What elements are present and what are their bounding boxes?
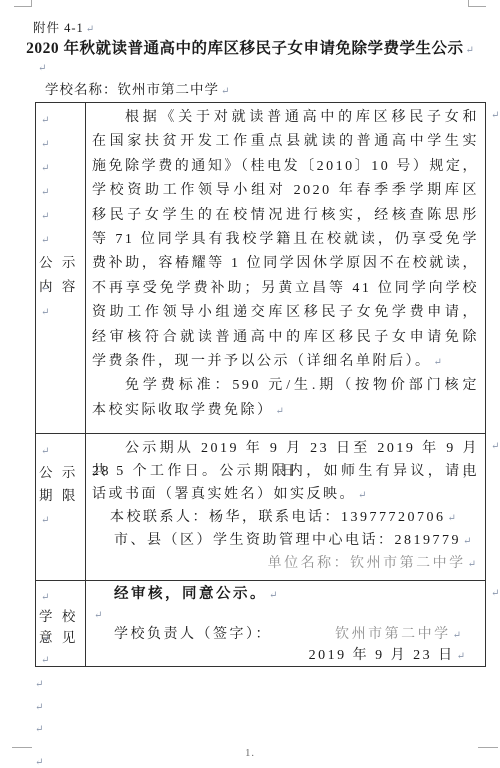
text-line: 学费条件，现一并予以公示（详细名单附后）。↵ <box>92 350 479 374</box>
text-line: 学校负责人（签字）：钦州市第二中学↵ <box>92 625 479 646</box>
row-label-line: 公 示↵ <box>39 251 85 275</box>
paragraph-mark: ↵ <box>41 139 49 150</box>
row-label-text: 公 示 <box>39 465 78 480</box>
paragraph-mark: ↵ <box>41 235 49 246</box>
text-line-content: 学校负责人（签字）： <box>114 627 272 642</box>
row-label-text: 内 容 <box>39 279 78 294</box>
school-name-text: 学校名称：钦州市第二中学 <box>45 82 219 97</box>
text-line-content: 免学费标准：590 元/生.期（按物价部门核定 <box>125 378 479 393</box>
row-content-cell: 公示期从 2019 年 9 月 23 日至 2019 年 9 月 28 日，共 … <box>86 434 486 581</box>
text-line: 免学费标准：590 元/生.期（按物价部门核定 <box>92 374 479 398</box>
row-label-cell-学校意见: ↵学 校↵意 见↵ <box>36 581 86 667</box>
text-line: 学校资助工作领导小组对 2020 年春季季学期库区 <box>92 179 479 203</box>
paragraph-mark: ↵ <box>358 490 366 501</box>
paragraph-mark: ↵ <box>35 724 43 735</box>
text-line: 本校实际收取学费免除）↵ <box>92 399 479 423</box>
text-line-content: 话或书面（署真实姓名）如实反映。 <box>92 487 356 502</box>
row-end-mark: ↵ <box>489 436 499 454</box>
paragraph-mark: ↵ <box>41 187 49 198</box>
row-end-mark: ↵ <box>489 105 499 123</box>
paragraph-mark: ↵ <box>221 86 229 97</box>
text-line-content: 不再享受免学费补助；另黄立昌等 41 位同学向学校 <box>92 281 479 296</box>
paragraph-mark: ↵ <box>41 307 49 318</box>
text-line-content: 2019 年 9 月 23 日 <box>309 648 455 663</box>
text-line: 本校联系人：杨华，联系电话：13977720706↵ <box>92 506 479 529</box>
text-line-content: 学校资助工作领导小组对 2020 年春季季学期库区 <box>92 183 479 198</box>
paragraph-mark: ↵ <box>491 110 499 121</box>
text-line-content: 等 71 位同学具有我校学籍且在校就读，仍享受免学 <box>92 232 479 247</box>
paragraph-mark: ↵ <box>491 588 499 599</box>
text-line: 资助工作领导小组递交库区移民子女免学费申请， <box>92 301 479 325</box>
text-line: ↵ <box>92 605 479 626</box>
text-line-content: 费补助，容椿耀等 1 位同学因休学原因不在校就读， <box>92 256 479 271</box>
page-title: 2020 年秋就读普通高中的库区移民子女申请免除学费学生公示↵ <box>0 36 500 58</box>
empty-paragraph: ↵ <box>39 155 85 179</box>
text-line: 话或书面（署真实姓名）如实反映。↵ <box>92 483 479 506</box>
empty-paragraph: ↵ <box>39 179 85 203</box>
text-line-content: 根据《关于对就读普通高中的库区移民子女和 <box>125 110 479 125</box>
text-line-content: 共 5 个工作日。公示期限内，如师生有异议，请电 <box>92 464 479 479</box>
row-content-cell: 根据《关于对就读普通高中的库区移民子女和在国家扶贫开发工作重点县就读的普通高中学… <box>86 103 486 434</box>
paragraph-mark: ↵ <box>468 559 476 570</box>
empty-paragraph: ↵ <box>39 585 85 606</box>
empty-paragraph: ↵ <box>33 678 43 690</box>
paragraph-mark: ↵ <box>41 446 49 457</box>
paragraph-mark: ↵ <box>466 45 474 56</box>
attachment-label: 附件 4-1↵ <box>33 18 94 36</box>
paragraph-mark: ↵ <box>41 592 49 603</box>
row-label-text: 学 校 <box>39 609 78 624</box>
text-line-content: 施免除学费的通知》（桂电发〔2010〕10 号）规定， <box>92 159 479 174</box>
row-label-line: 期 限↵ <box>39 484 85 507</box>
text-line: 不再享受免学费补助；另黄立昌等 41 位同学向学校 <box>92 277 479 301</box>
text-line: 根据《关于对就读普通高中的库区移民子女和 <box>92 106 479 130</box>
paragraph-mark: ↵ <box>94 610 102 621</box>
margin-crop-mark-top-left <box>14 0 32 7</box>
page-number: 1. <box>0 748 500 759</box>
text-line-content: 本校联系人：杨华，联系电话：13977720706 <box>110 510 446 525</box>
empty-paragraph: ↵ <box>39 227 85 251</box>
text-line: 公示期从 2019 年 9 月 23 日至 2019 年 9 月 28 日， <box>92 437 479 460</box>
text-line-content: 移民子女学生的在校情况进行核实，经核查陈思彤 <box>92 208 479 223</box>
attachment-label-text: 附件 4-1 <box>33 21 84 35</box>
paragraph-mark: ↵ <box>269 590 277 601</box>
empty-paragraph: ↵ <box>39 438 85 461</box>
text-line: 经审核符合就读普通高中的库区移民子女申请免除 <box>92 326 479 350</box>
empty-paragraph: ↵ <box>39 203 85 227</box>
paragraph-mark: ↵ <box>35 702 43 713</box>
text-line-content: 市、县（区）学生资助管理中心电话：2819779 <box>114 533 461 548</box>
text-line-content: 经审核符合就读普通高中的库区移民子女申请免除 <box>92 330 479 345</box>
table-row: ↵↵↵↵↵↵公 示↵内 容↵根据《关于对就读普通高中的库区移民子女和在国家扶贫开… <box>36 103 486 434</box>
text-line-content: 在国家扶贫开发工作重点县就读的普通高中学生实 <box>92 134 479 149</box>
paragraph-mark: ↵ <box>41 115 49 126</box>
paragraph-mark: ↵ <box>38 63 46 74</box>
paragraph-mark: ↵ <box>41 163 49 174</box>
row-label-line: 公 示↵ <box>39 461 85 484</box>
text-line: 等 71 位同学具有我校学籍且在校就读，仍享受免学 <box>92 228 479 252</box>
empty-paragraph: ↵ <box>36 58 46 76</box>
text-line-content: 学费条件，现一并予以公示（详细名单附后）。 <box>92 354 432 369</box>
text-line: 单位名称：钦州市第二中学↵ <box>92 552 479 575</box>
row-label-line: 意 见↵ <box>39 627 85 648</box>
document-page: 附件 4-1↵ 2020 年秋就读普通高中的库区移民子女申请免除学费学生公示↵ … <box>0 0 500 768</box>
text-line-content: 单位名称：钦州市第二中学 <box>268 556 466 571</box>
paragraph-mark: ↵ <box>453 630 461 641</box>
text-line: 费补助，容椿耀等 1 位同学因休学原因不在校就读， <box>92 252 479 276</box>
text-line: 经审核，同意公示。↵ <box>92 584 479 605</box>
text-line: 在国家扶贫开发工作重点县就读的普通高中学生实 <box>92 130 479 154</box>
row-label-text: 公 示 <box>39 255 78 270</box>
paragraph-mark: ↵ <box>41 211 49 222</box>
table-row: ↵学 校↵意 见↵经审核，同意公示。↵↵学校负责人（签字）：钦州市第二中学↵20… <box>36 581 486 667</box>
paragraph-mark: ↵ <box>491 441 499 452</box>
text-line: 共 5 个工作日。公示期限内，如师生有异议，请电 <box>92 460 479 483</box>
paragraph-mark: ↵ <box>35 679 43 690</box>
paragraph-mark: ↵ <box>463 536 471 547</box>
paragraph-mark: ↵ <box>434 357 442 368</box>
paragraph-mark: ↵ <box>86 24 94 35</box>
text-line: 移民子女学生的在校情况进行核实，经核查陈思彤 <box>92 204 479 228</box>
row-label-text: 意 见 <box>39 630 78 645</box>
row-end-mark: ↵ <box>489 583 499 601</box>
empty-paragraph: ↵ <box>33 723 43 735</box>
text-line: 施免除学费的通知》（桂电发〔2010〕10 号）规定， <box>92 155 479 179</box>
right-field-text: 钦州市第二中学↵ <box>313 625 461 647</box>
row-label-text: 期 限 <box>39 488 78 503</box>
text-line: 2019 年 9 月 23 日↵ <box>92 646 479 667</box>
text-line: 市、县（区）学生资助管理中心电话：2819779↵ <box>92 529 479 552</box>
text-line-content: 经审核，同意公示。 <box>114 586 267 602</box>
paragraph-mark: ↵ <box>41 655 49 666</box>
notice-table: ↵↵↵↵↵↵公 示↵内 容↵根据《关于对就读普通高中的库区移民子女和在国家扶贫开… <box>35 102 486 667</box>
text-line-content: 本校实际收取学费免除） <box>92 403 274 418</box>
paragraph-mark: ↵ <box>457 651 465 662</box>
text-line-content: 资助工作领导小组递交库区移民子女免学费申请， <box>92 305 479 320</box>
row-label-cell-公示内容: ↵↵↵↵↵↵公 示↵内 容↵ <box>36 103 86 434</box>
row-label-line: 内 容↵ <box>39 275 85 299</box>
row-label-cell-公示期限: ↵公 示↵期 限↵ <box>36 434 86 581</box>
empty-paragraph: ↵ <box>33 701 43 713</box>
table-row: ↵公 示↵期 限↵公示期从 2019 年 9 月 23 日至 2019 年 9 … <box>36 434 486 581</box>
paragraph-mark: ↵ <box>276 406 284 417</box>
empty-paragraph: ↵ <box>39 131 85 155</box>
school-name-line: 学校名称：钦州市第二中学↵ <box>45 78 229 98</box>
paragraph-mark: ↵ <box>41 515 49 526</box>
notice-table-body: ↵↵↵↵↵↵公 示↵内 容↵根据《关于对就读普通高中的库区移民子女和在国家扶贫开… <box>36 103 486 667</box>
paragraph-mark: ↵ <box>448 513 456 524</box>
empty-paragraph: ↵ <box>39 107 85 131</box>
row-label-line: 学 校↵ <box>39 606 85 627</box>
row-content-cell: 经审核，同意公示。↵↵学校负责人（签字）：钦州市第二中学↵2019 年 9 月 … <box>86 581 486 667</box>
page-title-text: 2020 年秋就读普通高中的库区移民子女申请免除学费学生公示 <box>26 40 463 57</box>
margin-crop-mark-top-right <box>468 0 486 7</box>
